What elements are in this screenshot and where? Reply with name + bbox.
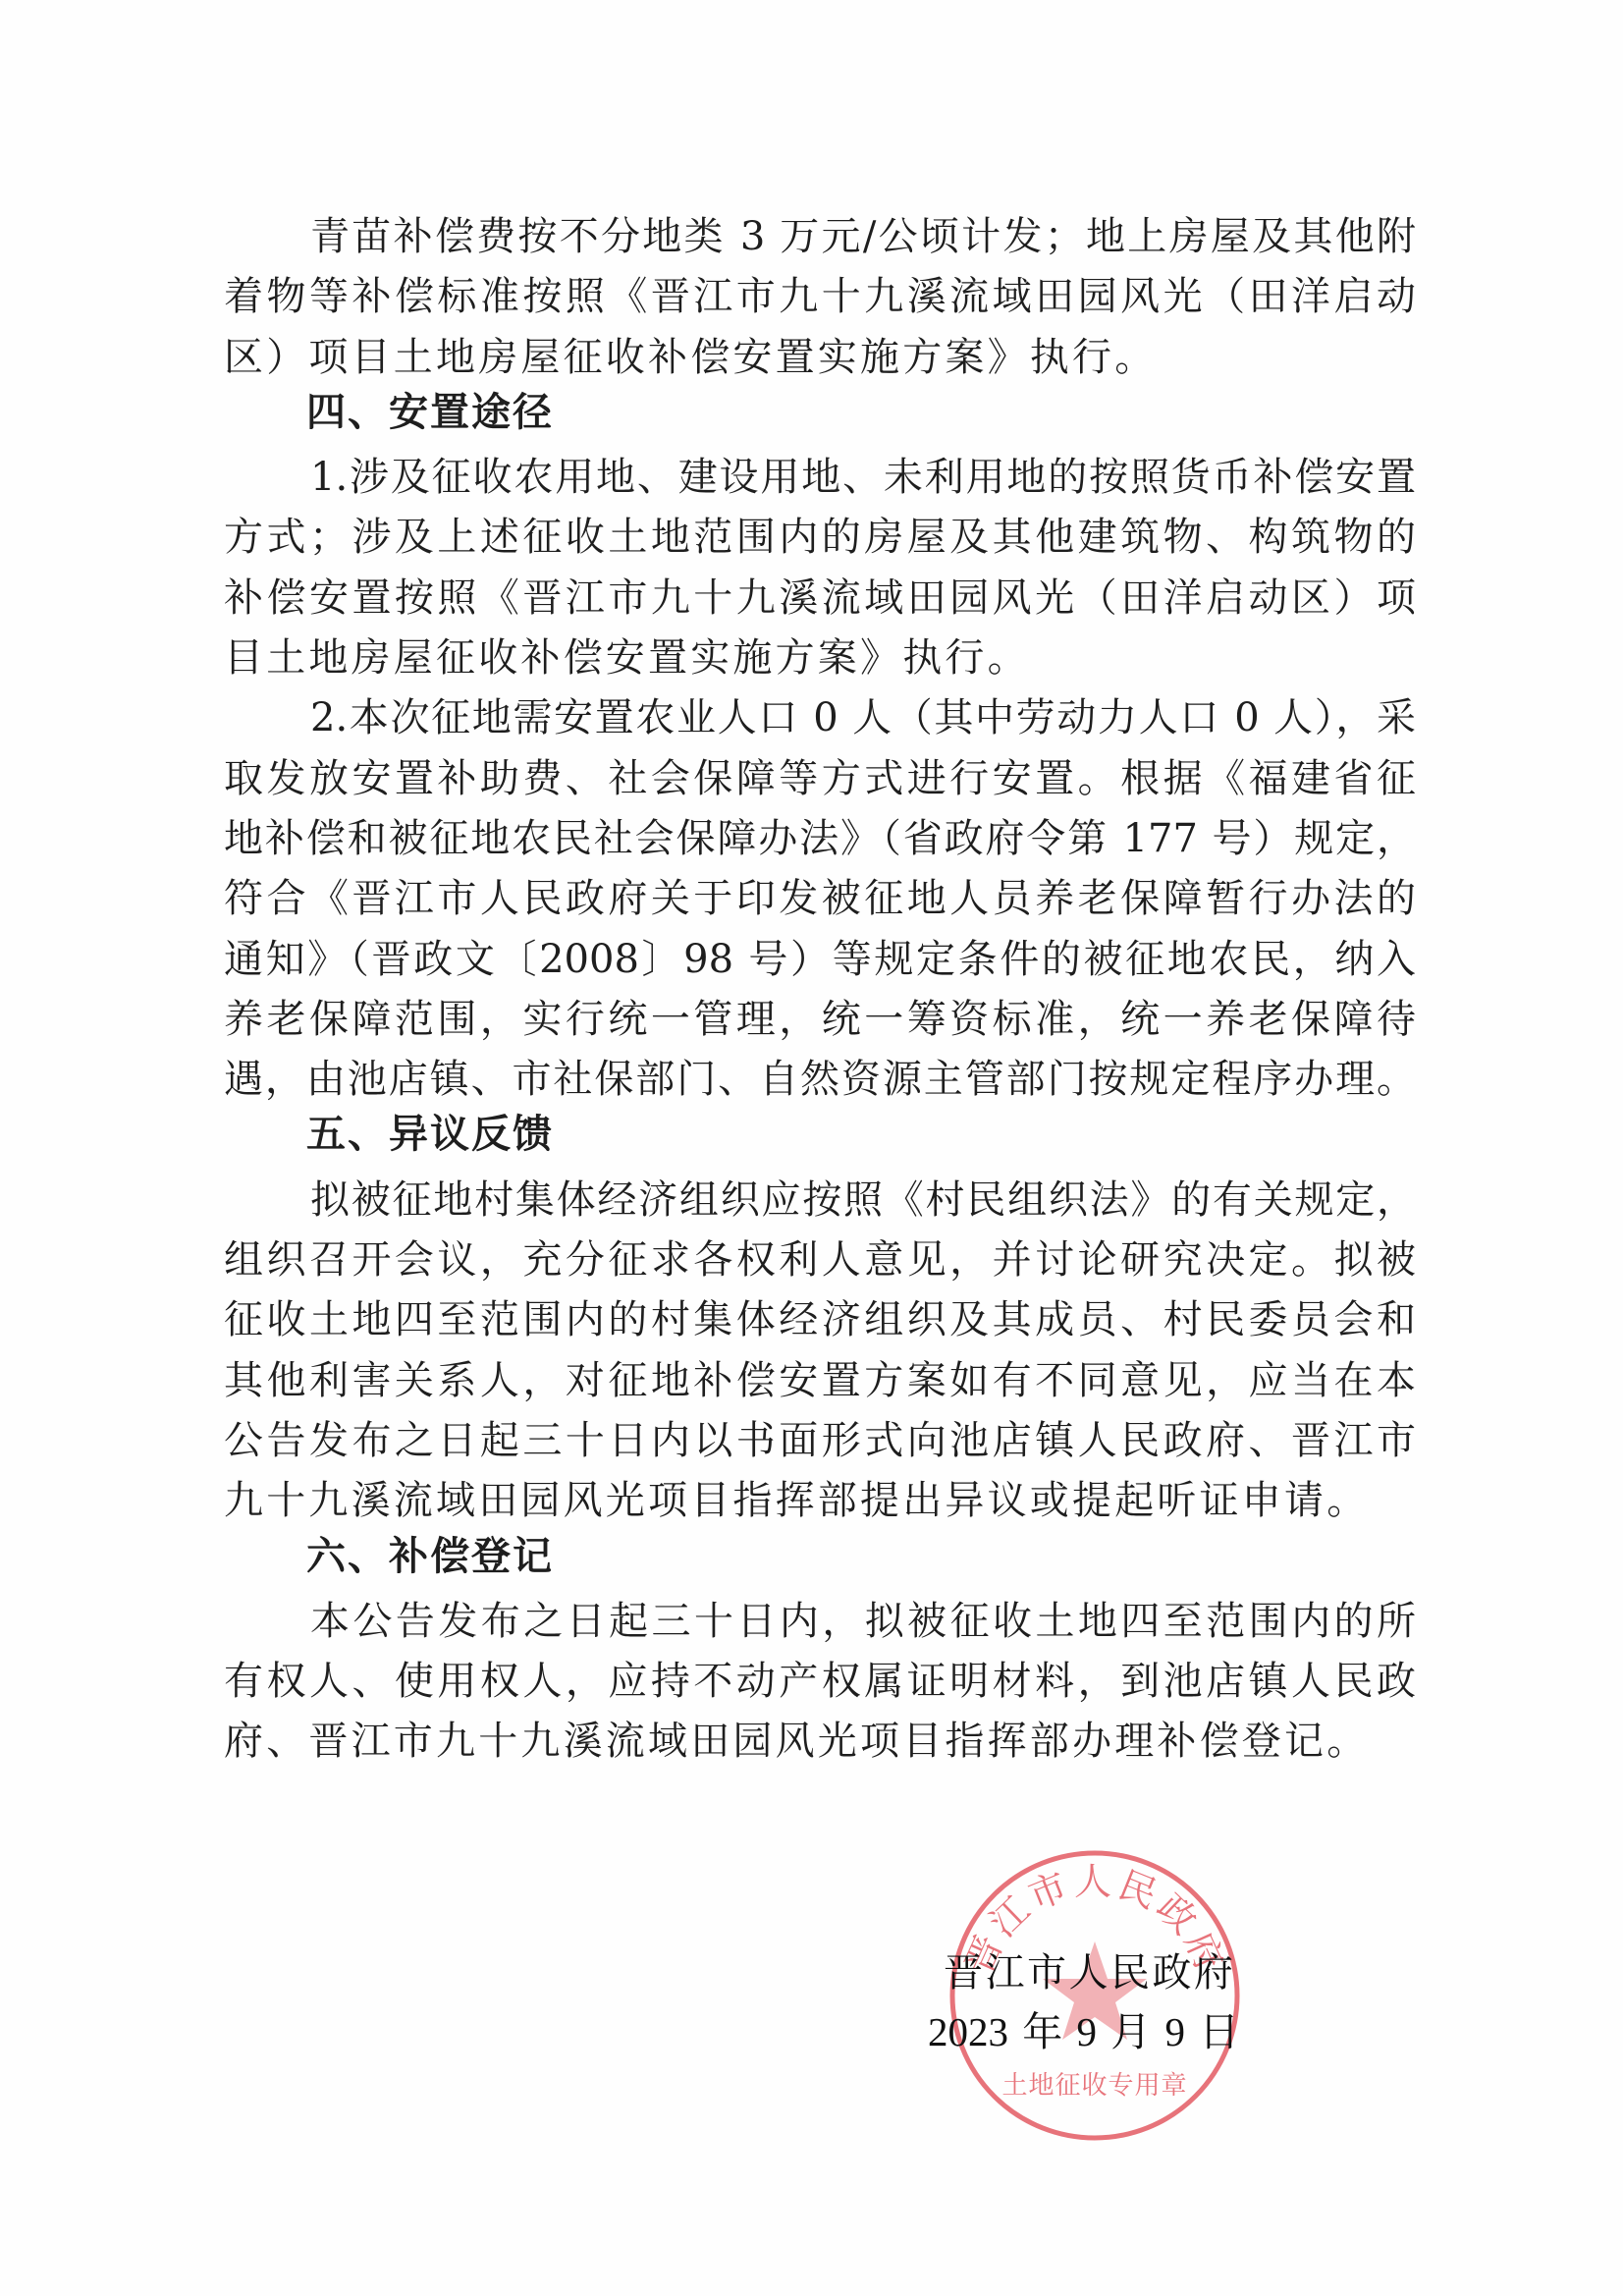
section-heading-objection-feedback: 五、异议反馈 [224, 1109, 1416, 1169]
document-body: 青苗补偿费按不分地类 3 万元/公顷计发；地上房屋及其他附 着物等补偿标准按照《… [224, 211, 1416, 1777]
section-heading-compensation-registration: 六、补偿登记 [224, 1531, 1416, 1591]
text-line: 目土地房屋征收补偿安置实施方案》执行。 [224, 632, 1416, 692]
signing-date: 2023 年 9 月 9 日 [928, 2006, 1232, 2065]
text-line: 符合《晋江市人民政府关于印发被征地人员养老保障暂行办法的 [224, 873, 1416, 933]
text-line: 其他利害关系人，对征地补偿安置方案如有不同意见，应当在本 [224, 1355, 1416, 1415]
text-line: 府、晋江市九十九溪流域田园风光项目指挥部办理补偿登记。 [224, 1716, 1416, 1776]
text-line: 补偿安置按照《晋江市九十九溪流域田园风光（田洋启动区）项 [224, 573, 1416, 632]
text-line: 征收土地四至范围内的村集体经济组织及其成员、村民委员会和 [224, 1294, 1416, 1354]
text-line: 拟被征地村集体经济组织应按照《村民组织法》的有关规定， [224, 1175, 1416, 1234]
text-line: 地补偿和被征地农民社会保障办法》（省政府令第 177 号）规定， [224, 813, 1416, 873]
signing-organization: 晋江市人民政府 [938, 1947, 1232, 2006]
text-line: 养老保障范围，实行统一管理，统一筹资标准，统一养老保障待 [224, 994, 1416, 1054]
section-heading-resettlement: 四、安置途径 [224, 387, 1416, 447]
text-line: 本公告发布之日起三十日内，拟被征收土地四至范围内的所 [224, 1596, 1416, 1656]
seal-bottom-text: 土地征收专用章 [1001, 2071, 1187, 2101]
text-line: 有权人、使用权人，应持不动产权属证明材料，到池店镇人民政 [224, 1656, 1416, 1716]
document-page: 青苗补偿费按不分地类 3 万元/公顷计发；地上房屋及其他附 着物等补偿标准按照《… [0, 0, 1623, 2296]
text-line: 1.涉及征收农用地、建设用地、未利用地的按照货币补偿安置 [224, 452, 1416, 512]
text-line: 遇，由池店镇、市社保部门、自然资源主管部门按规定程序办理。 [224, 1054, 1416, 1114]
text-line: 组织召开会议，充分征求各权利人意见，并讨论研究决定。拟被 [224, 1234, 1416, 1294]
text-line: 2.本次征地需安置农业人口 0 人（其中劳动力人口 0 人），采 [224, 692, 1416, 752]
signature-block: 晋江市人民政府 2023 年 9 月 9 日 [938, 1947, 1232, 2065]
text-line: 青苗补偿费按不分地类 3 万元/公顷计发；地上房屋及其他附 [224, 211, 1416, 271]
text-line: 方式；涉及上述征收土地范围内的房屋及其他建筑物、构筑物的 [224, 512, 1416, 572]
text-line: 区）项目土地房屋征收补偿安置实施方案》执行。 [224, 332, 1416, 392]
text-line: 取发放安置补助费、社会保障等方式进行安置。根据《福建省征 [224, 753, 1416, 813]
text-line: 通知》（晋政文〔2008〕98 号）等规定条件的被征地农民，纳入 [224, 934, 1416, 994]
text-line: 着物等补偿标准按照《晋江市九十九溪流域田园风光（田洋启动 [224, 271, 1416, 331]
text-line: 九十九溪流域田园风光项目指挥部提出异议或提起听证申请。 [224, 1475, 1416, 1535]
text-line: 公告发布之日起三十日内以书面形式向池店镇人民政府、晋江市 [224, 1415, 1416, 1475]
